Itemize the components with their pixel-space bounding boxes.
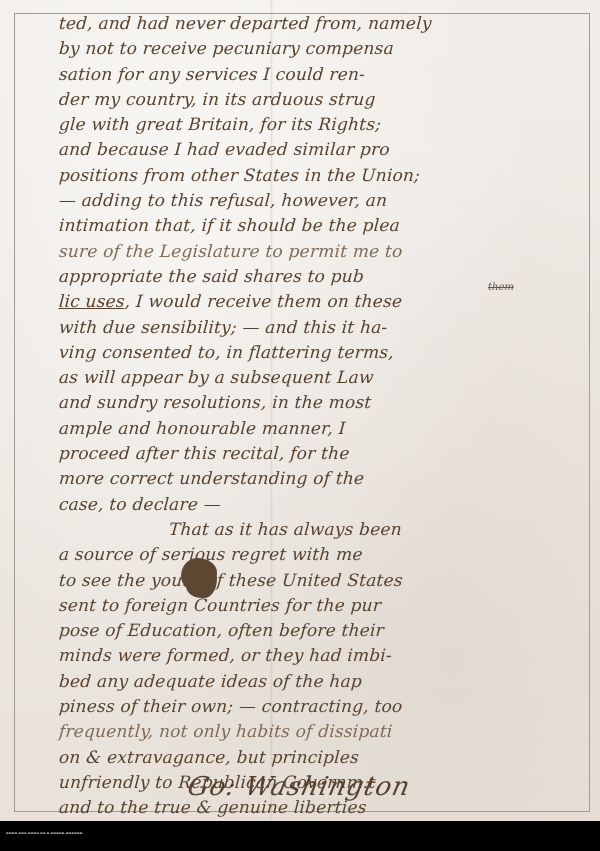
manuscript-scan: ted, and had never departed from, namely…	[0, 0, 600, 821]
footer-bar: ▬▬▬▬ ▬▬▬ ▬▬▬▬ ▬▬ ▬ ▬▬▬▬▬ ▬▬▬▬▬▬	[0, 821, 600, 851]
manuscript-line-with-underline: lic uses, I would receive them on these	[58, 290, 530, 315]
manuscript-line: pose of Education, often before their	[58, 619, 530, 644]
manuscript-line: der my country, in its arduous strug	[58, 88, 530, 113]
ink-blot	[181, 558, 217, 594]
underlined-phrase: lic uses	[58, 292, 125, 312]
manuscript-line: piness of their own; — contracting, too	[58, 695, 530, 720]
manuscript-line: by not to receive pecuniary compensa	[58, 37, 530, 62]
manuscript-line: ving consented to, in flattering terms,	[58, 341, 530, 366]
manuscript-line: ted, and had never departed from, namely	[58, 12, 530, 37]
struck-interlineation: them	[488, 282, 514, 293]
manuscript-line: on & extravagance, but principles	[58, 746, 530, 771]
manuscript-line: — adding to this refusal, however, an	[58, 189, 530, 214]
manuscript-line: to see the youth of these United States	[58, 569, 530, 594]
manuscript-line: as will appear by a subsequent Law	[58, 366, 530, 391]
manuscript-line: with due sensibility; — and this it ha-	[58, 316, 530, 341]
manuscript-line: bed any adequate ideas of the hap	[58, 670, 530, 695]
manuscript-line: positions from other States in the Union…	[58, 164, 530, 189]
manuscript-line: and because I had evaded similar pro	[58, 138, 530, 163]
signature: Go: Washington	[185, 772, 413, 802]
manuscript-line: intimation that, if it should be the ple…	[58, 214, 530, 239]
manuscript-paragraph-start: That as it has always been	[58, 518, 530, 543]
line-remainder: , I would receive them on these	[124, 292, 403, 312]
manuscript-line: more correct understanding of the	[58, 467, 530, 492]
manuscript-line: gle with great Britain, for its Rights;	[58, 113, 530, 138]
manuscript-text: ted, and had never departed from, namely…	[58, 12, 528, 822]
manuscript-line: minds were formed, or they had imbi-	[58, 644, 530, 669]
manuscript-line: sure of the Legislature to permit me to	[58, 240, 530, 265]
manuscript-line: a source of serious regret with me	[58, 543, 530, 568]
manuscript-line: sation for any services I could ren-	[58, 63, 530, 88]
manuscript-line: case, to declare —	[58, 493, 530, 518]
manuscript-line: frequently, not only habits of dissipati	[58, 720, 530, 745]
manuscript-line: ample and honourable manner, I	[58, 417, 530, 442]
manuscript-line: proceed after this recital, for the	[58, 442, 530, 467]
manuscript-line: and sundry resolutions, in the most	[58, 391, 530, 416]
manuscript-line: sent to foreign Countries for the pur	[58, 594, 530, 619]
footer-caption: ▬▬▬▬ ▬▬▬ ▬▬▬▬ ▬▬ ▬ ▬▬▬▬▬ ▬▬▬▬▬▬	[6, 831, 83, 835]
manuscript-line: appropriate the said shares to pub	[58, 265, 530, 290]
